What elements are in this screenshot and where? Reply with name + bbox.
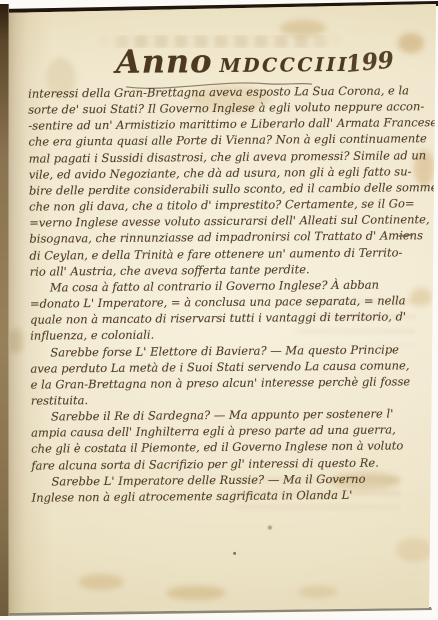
year-heading-numeral: MDCCCIII	[219, 54, 349, 77]
book-spine-edge	[0, 4, 9, 616]
page-number: 199	[345, 46, 395, 77]
manuscript-paper: Anno MDCCCIII 199 interessi della Gran-B…	[0, 0, 438, 620]
manuscript-line: di Ceylan, e della Trinità e fare ottene…	[29, 244, 423, 264]
manuscript-line: Inglese non à egli atrocemente sagrifica…	[32, 486, 426, 506]
ink-speck	[268, 526, 272, 530]
manuscript-line: e la Gran-Brettagna non à preso alcun' i…	[31, 373, 425, 393]
manuscript-content: Anno MDCCCIII 199 interessi della Gran-B…	[0, 0, 438, 620]
scanned-book-page: Anno MDCCCIII 199 interessi della Gran-B…	[0, 0, 438, 620]
year-heading: Anno MDCCCIII	[116, 41, 350, 81]
year-heading-word: Anno	[116, 42, 213, 81]
manuscript-line: fare alcuna sorta di Sacrifizio per gl' …	[31, 454, 425, 474]
manuscript-text: interessi della Gran-Brettagna aveva esp…	[28, 82, 426, 505]
ink-speck	[233, 552, 236, 555]
